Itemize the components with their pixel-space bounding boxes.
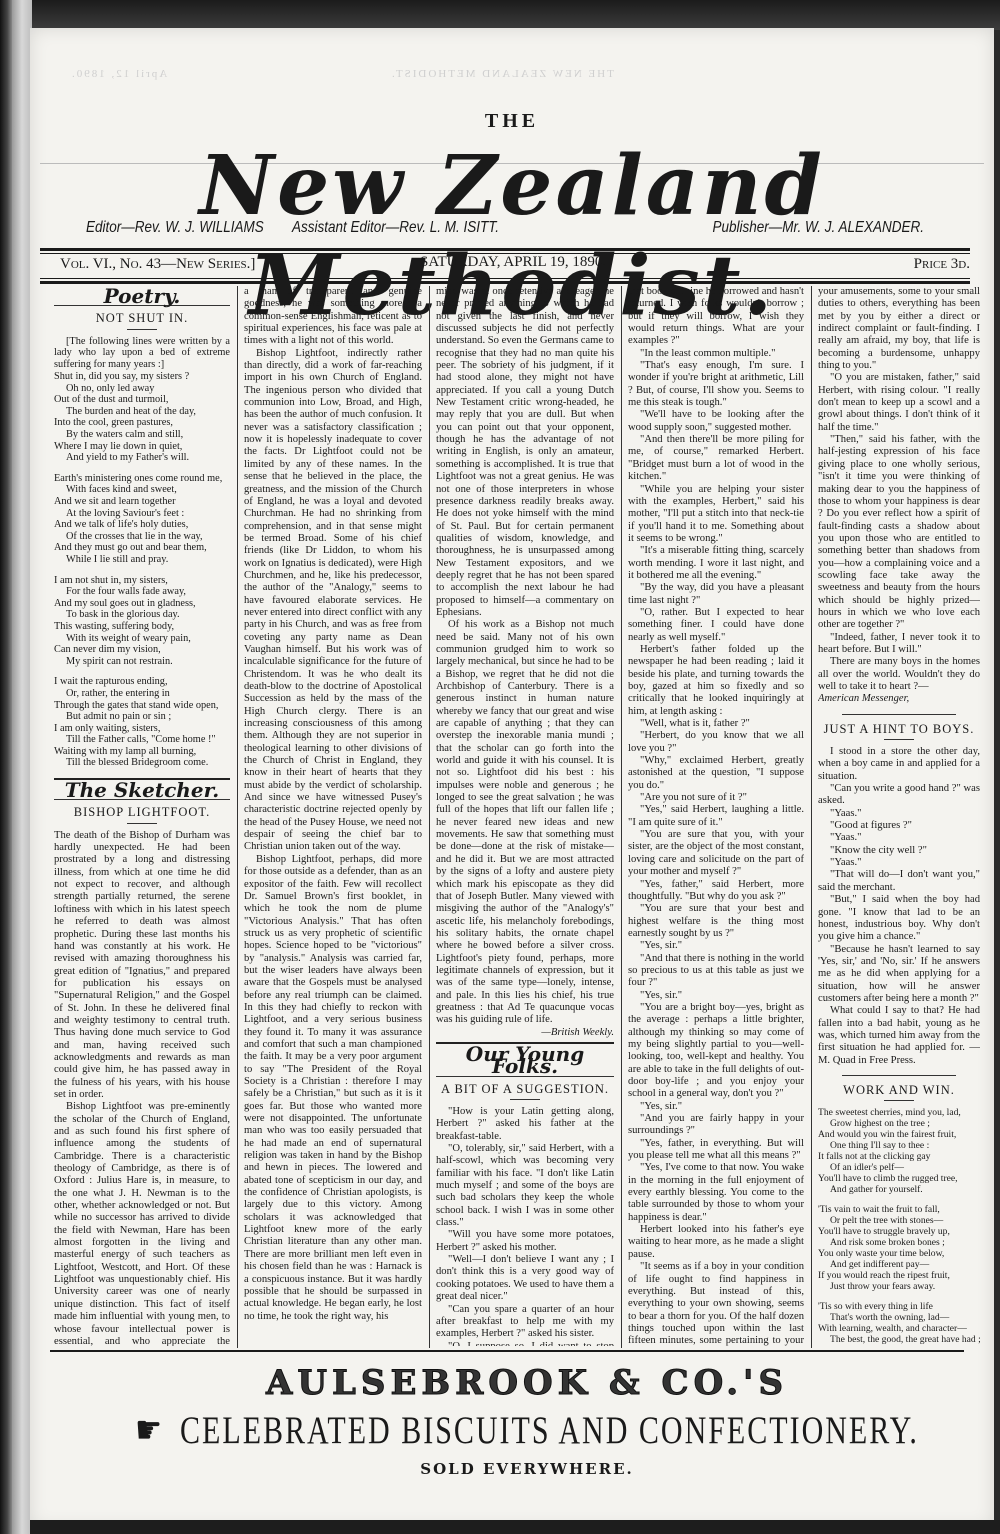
article-title-lightfoot: BISHOP LIGHTFOOT.: [54, 806, 230, 818]
column-3: mind was at once retentive and eager, he…: [436, 286, 614, 1346]
story-paragraph: "You are a bright boy—yes, bright as the…: [628, 1002, 804, 1101]
article-paragraph: Bishop Lightfoot, perhaps, did more for …: [244, 854, 422, 1323]
dateline-rule-thick: [40, 281, 970, 284]
story-paragraph: "Why," exclaimed Herbert, greatly astoni…: [628, 755, 804, 792]
article-paragraph: The death of the Bishop of Durham was ha…: [54, 830, 230, 1102]
story-paragraph: Herbert looked into his father's eye wai…: [628, 1224, 804, 1261]
story-paragraph: "Yes, sir.": [628, 990, 804, 1002]
hint-paragraph: I stood in a store the other day, when a…: [818, 746, 980, 783]
advert-tagline: SOLD EVERYWHERE.: [60, 1460, 994, 1478]
advertisement: AULSEBROOK & CO.'S ☛ CELEBRATED BISCUITS…: [60, 1363, 994, 1478]
story-paragraph: "O you are mistaken, father," said Herbe…: [818, 372, 980, 434]
section-heading-sketcher: The Sketcher.: [54, 784, 230, 796]
story-paragraph: "Yes, father, in everything. But will yo…: [628, 1138, 804, 1163]
column-divider: [621, 286, 622, 1348]
story-title: A BIT OF A SUGGESTION.: [436, 1083, 614, 1095]
story-paragraph: "Herbert, do you know that we all love y…: [628, 730, 804, 755]
assistant-editor-credit: Assistant Editor—Rev. L. M. ISITT.: [292, 218, 499, 235]
story-paragraph: "We'll have to be looking after the wood…: [628, 409, 804, 434]
story-paragraph: "Then," said his father, with the half-j…: [818, 434, 980, 632]
volume-number: Vol. VI., No. 43—New Series.]: [60, 256, 255, 273]
story-paragraph: "In the least common multiple.": [628, 348, 804, 360]
scan-bottom-shadow: [30, 1520, 1000, 1534]
story-paragraph: "Are you not sure of it ?": [628, 792, 804, 804]
poem-stanza: 'Tis so with every thing in lifeThat's w…: [818, 1301, 980, 1346]
newspaper-page: April 12, 1890. THE NEW ZEALAND METHODIS…: [30, 28, 994, 1528]
column-5: your amusements, some to your small duti…: [818, 286, 980, 1346]
story-paragraph: Herbert's father folded up the newspaper…: [628, 644, 804, 718]
story-paragraph: "While you are helping your sister with …: [628, 484, 804, 546]
story-paragraph: "Well—I don't believe I want any ; I don…: [436, 1254, 614, 1303]
column-divider: [237, 286, 238, 1348]
story-paragraph: "How is your Latin getting along, Herber…: [436, 1106, 614, 1143]
article-paragraph: a man of transparent and genuine goodnes…: [244, 286, 422, 348]
column-divider: [429, 286, 430, 1348]
story-paragraph: your amusements, some to your small duti…: [818, 286, 980, 372]
article-source: —British Weekly.: [436, 1027, 614, 1039]
masthead-the: THE: [30, 110, 994, 133]
story-paragraph: "By the way, did you have a pleasant tim…: [628, 582, 804, 607]
bleedthrough-date: April 12, 1890.: [70, 68, 167, 80]
poem-title: NOT SHUT IN.: [54, 312, 230, 324]
article-paragraph: Of his work as a Bishop not much need be…: [436, 619, 614, 1026]
bleedthrough-title: THE NEW ZEALAND METHODIST.: [390, 68, 614, 80]
story-paragraph: "Yes, father," said Herbert, more though…: [628, 879, 804, 904]
story-source: American Messenger,: [818, 693, 980, 705]
columns: Poetry. NOT SHUT IN. [The following line…: [54, 286, 980, 1346]
pointing-hand-icon: ☛: [135, 1408, 164, 1454]
hint-paragraph: "Yaas.": [818, 808, 980, 820]
story-paragraph: "That's easy enough, I'm sure. I wonder …: [628, 360, 804, 409]
story-paragraph: "Yes, sir.": [628, 1101, 804, 1113]
hint-paragraph: "Know the city well ?": [818, 845, 980, 857]
story-paragraph: "And you are fairly happy in your surrou…: [628, 1113, 804, 1138]
article-paragraph: mind was at once retentive and eager, he…: [436, 286, 614, 619]
poem-stanza: I am not shut in, my sisters,For the fou…: [54, 575, 230, 668]
section-heading-poetry: Poetry.: [54, 290, 230, 302]
story-paragraph: "O, I suppose so. I did want to stop and…: [436, 1341, 614, 1346]
story-paragraph: "Well, what is it, father ?": [628, 718, 804, 730]
story-paragraph: There are many boys in the homes all ove…: [818, 656, 980, 693]
poem-stanza: I wait the rapturous ending,Or, rather, …: [54, 676, 230, 769]
article-title-hint: JUST A HINT TO BOYS.: [818, 723, 980, 735]
price: Price 3d.: [914, 256, 970, 273]
hint-paragraph: "Yaas.": [818, 832, 980, 844]
story-paragraph: "Indeed, father, I never took it to hear…: [818, 632, 980, 657]
story-paragraph: "And that there is nothing in the world …: [628, 953, 804, 990]
story-paragraph: "Yes, sir.": [628, 940, 804, 952]
dateline: Vol. VI., No. 43—New Series.] SATURDAY, …: [60, 254, 970, 276]
story-paragraph: "Will you have some more potatoes, Herbe…: [436, 1229, 614, 1254]
story-paragraph: that book of mine he borrowed and hasn't…: [628, 286, 804, 348]
column-divider: [811, 286, 812, 1348]
story-paragraph: "O, rather. But I expected to hear somet…: [628, 607, 804, 644]
column-4: that book of mine he borrowed and hasn't…: [628, 286, 804, 1346]
story-paragraph: "It seems as if a boy in your condition …: [628, 1261, 804, 1346]
article-paragraph: Bishop Lightfoot, indirectly rather than…: [244, 348, 422, 854]
hint-paragraph: "That will do—I don't want you," said th…: [818, 869, 980, 894]
page-binding: [12, 0, 32, 1534]
poem-stanza: The sweetest cherries, mind you, lad,Gro…: [818, 1107, 980, 1195]
advert-product: CELEBRATED BISCUITS AND CONFECTIONERY.: [180, 1408, 919, 1452]
column-1: Poetry. NOT SHUT IN. [The following line…: [54, 286, 230, 1346]
masthead-rule-thick: [40, 248, 970, 251]
poem-intro: [The following lines were written by a l…: [54, 336, 230, 371]
article-paragraph: Bishop Lightfoot was pre-eminently the s…: [54, 1101, 230, 1346]
scan-left-edge: [0, 0, 12, 1534]
story-paragraph: "O, tolerably, sir," said Herbert, with …: [436, 1143, 614, 1229]
hint-paragraph: "But," I said when the boy had gone. "I …: [818, 894, 980, 943]
poem-stanza: Earth's ministering ones come round me,W…: [54, 473, 230, 566]
story-paragraph: "Can you spare a quarter of an hour afte…: [436, 1304, 614, 1341]
story-paragraph: "You are sure that your best and highest…: [628, 903, 804, 940]
issue-date: SATURDAY, APRIL 19, 1890.: [420, 254, 606, 271]
story-paragraph: "You are sure that you, with your sister…: [628, 829, 804, 878]
poem-title-work-and-win: WORK AND WIN.: [818, 1084, 980, 1096]
editor-credit: Editor—Rev. W. J. WILLIAMS: [86, 218, 264, 235]
poem-stanza: Shut in, did you say, my sisters ?Oh no,…: [54, 371, 230, 464]
advert-top-rule: [50, 1350, 964, 1352]
dateline-rule-thin: [40, 278, 970, 279]
advert-company: AULSEBROOK & CO.'S: [60, 1363, 994, 1403]
story-paragraph: "It's a miserable fitting thing, scarcel…: [628, 545, 804, 582]
poem-stanza: 'Tis vain to wait the fruit to fall,Or p…: [818, 1204, 980, 1292]
hint-paragraph: What could I say to that? He had fallen …: [818, 1005, 980, 1067]
scan-top-shadow: [0, 0, 1000, 30]
story-paragraph: "And then there'll be more piling for me…: [628, 434, 804, 483]
publisher-credit: Publisher—Mr. W. J. ALEXANDER.: [712, 218, 924, 235]
section-heading-young-folks: Our Young Folks.: [436, 1048, 614, 1073]
hint-paragraph: "Yaas.": [818, 857, 980, 869]
hint-paragraph: "Because he hasn't learned to say 'Yes, …: [818, 944, 980, 1006]
advert-product-line: ☛ CELEBRATED BISCUITS AND CONFECTIONERY.: [60, 1408, 994, 1454]
story-paragraph: "Yes," said Herbert, laughing a little. …: [628, 804, 804, 829]
hint-paragraph: "Good at figures ?": [818, 820, 980, 832]
hint-paragraph: "Can you write a good hand ?" was asked.: [818, 783, 980, 808]
column-2: a man of transparent and genuine goodnes…: [244, 286, 422, 1346]
story-paragraph: "Yes, I've come to that now. You wake in…: [628, 1162, 804, 1224]
